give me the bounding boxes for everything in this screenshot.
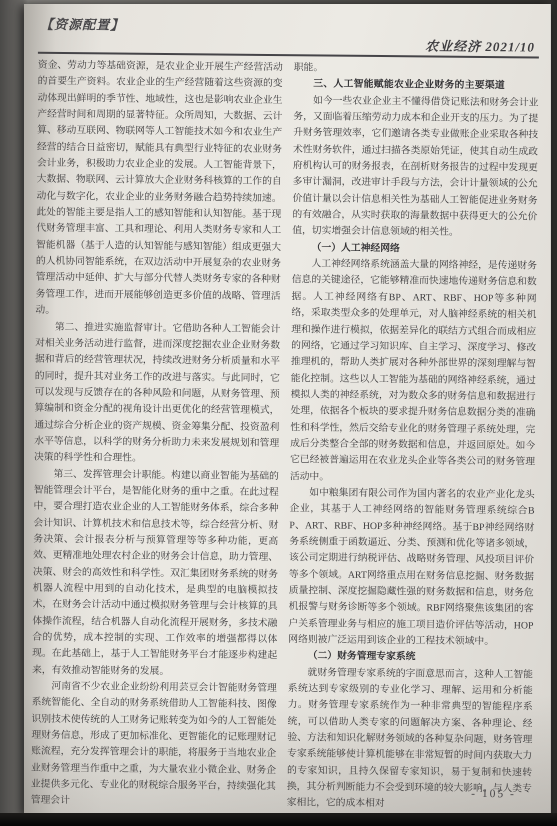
article-body: 资金、劳动力等基础资源，是农业企业开展生产经营活动的首要生产资料。农业企业的生产…	[31, 54, 539, 815]
paragraph: 人工神经网络系统涵盖大量的网络神经，是传递财务信息的关键途径，它能够精准而快速地…	[290, 256, 537, 487]
page-header: 【资源配置】 农业经济 2021/10	[38, 12, 539, 59]
subheading: （二）财务管理专家系统	[288, 649, 533, 668]
photo-right-edge	[550, 0, 557, 826]
page-content: 【资源配置】 农业经济 2021/10 资金、劳动力等基础资源，是农业企业开展生…	[24, 4, 551, 816]
page-number: - 105 -	[471, 788, 516, 800]
paragraph: 如中粮集团有限公司作为国内著名的农业产业化龙头企业，其基于人工神经网络的智能财务…	[288, 485, 535, 651]
journal-title: 农业经济 2021/10	[425, 35, 535, 55]
heading: 三、人工智能赋能农业企业财务的主要渠道	[294, 77, 539, 96]
photo-background: 【资源配置】 农业经济 2021/10 资金、劳动力等基础资源，是农业企业开展生…	[0, 0, 557, 826]
section-label: 【资源配置】	[40, 14, 124, 34]
scanned-page: 【资源配置】 农业经济 2021/10 资金、劳动力等基础资源，是农业企业开展生…	[24, 4, 551, 816]
paragraph: 第二、推进实施监督审计。它借助各种人工智能会计对相关业务活动进行监督，进而深度挖…	[34, 319, 280, 468]
paragraph: 如今一些农业企业主不懂得借贷记账法和财务会计业务，又面临着压缩劳动力成本和企业开…	[292, 93, 538, 242]
paragraph: 资金、劳动力等基础资源，是农业企业开展生产经营活动的首要生产资料。农业企业的生产…	[35, 58, 282, 322]
paragraph: 第三、发挥管理会计职能。构建以商业智能为基础的智能管理会计平台，是智能化财务的重…	[32, 466, 279, 681]
photo-bottom-edge	[0, 813, 557, 826]
paragraph: 河南省不少农业企业纷纷利用芸豆会计智能财务管理系统智能化、全自动的财务系统借助人…	[31, 679, 277, 812]
right-column: 职能。三、人工智能赋能农业企业财务的主要渠道如今一些农业企业主不懂得借贷记账法和…	[287, 60, 539, 814]
left-column: 资金、劳动力等基础资源，是农业企业开展生产经营活动的首要生产资料。农业企业的生产…	[31, 58, 283, 812]
